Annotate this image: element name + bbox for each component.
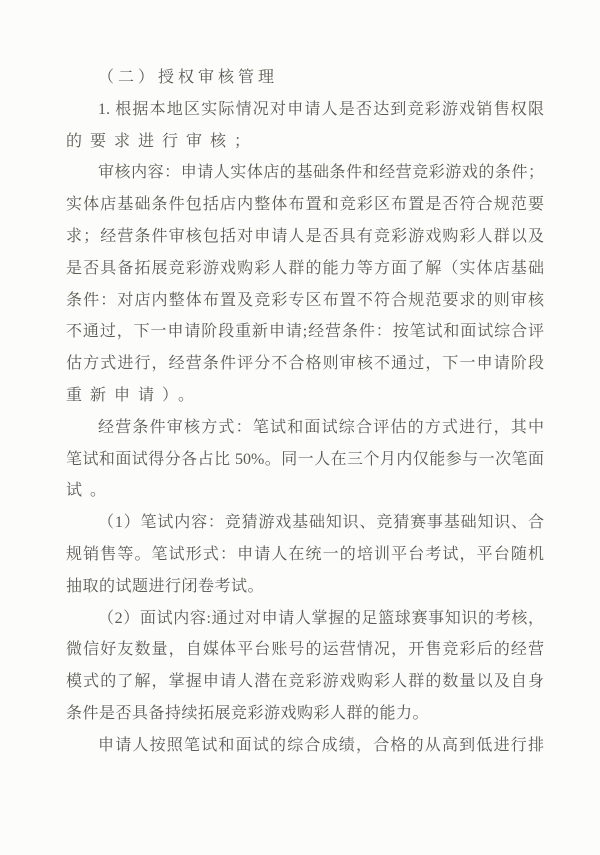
text-line: 申请人按照笔试和面试的综合成绩，合格的从高到低进行排: [66, 730, 544, 762]
text-line: 求；经营条件审核包括对申请人是否具有竞彩游戏购彩人群以及: [66, 221, 544, 253]
text-line: （2）面试内容:通过对申请人掌握的足篮球赛事知识的考核，: [66, 603, 544, 635]
text-line: 抽取的试题进行闭卷考试。: [66, 571, 544, 603]
text-line: 微信好友数量，自媒体平台账号的运营情况，开售竞彩后的经营: [66, 634, 544, 666]
text-line: 1. 根据本地区实际情况对申请人是否达到竞彩游戏销售权限: [66, 94, 544, 126]
text-line: 笔试和面试得分各占比 50%。同一人在三个月内仅能参与一次笔面: [66, 444, 544, 476]
text-line: 条件是否具备持续拓展竞彩游戏购彩人群的能力。: [66, 698, 544, 730]
section-heading: （二）授权审核管理: [66, 62, 544, 94]
text-line: 是否具备拓展竞彩游戏购彩人群的能力等方面了解（实体店基础: [66, 253, 544, 285]
text-line: 模式的了解，掌握申请人潜在竞彩游戏购彩人群的数量以及自身: [66, 666, 544, 698]
text-line: 审核内容：申请人实体店的基础条件和经营竞彩游戏的条件；: [66, 157, 544, 189]
text-line: 不通过，下一申请阶段重新申请;经营条件：按笔试和面试综合评: [66, 316, 544, 348]
text-line: 条件：对店内整体布置及竞彩专区布置不符合规范要求的则审核: [66, 285, 544, 317]
text-line: （1）笔试内容：竞猜游戏基础知识、竞猜赛事基础知识、合: [66, 507, 544, 539]
text-line: 经营条件审核方式：笔试和面试综合评估的方式进行，其中: [66, 412, 544, 444]
text-line: 重新申请）。: [66, 380, 544, 412]
text-line: 规销售等。笔试形式：申请人在统一的培训平台考试，平台随机: [66, 539, 544, 571]
text-line: 的要求进行审核；: [66, 126, 544, 158]
text-line: 估方式进行，经营条件评分不合格则审核不通过，下一申请阶段: [66, 348, 544, 380]
document-text-block: （二）授权审核管理 1. 根据本地区实际情况对申请人是否达到竞彩游戏销售权限 的…: [66, 62, 544, 762]
document-page: （二）授权审核管理 1. 根据本地区实际情况对申请人是否达到竞彩游戏销售权限 的…: [0, 0, 600, 855]
text-line: 试。: [66, 475, 544, 507]
text-line: 实体店基础条件包括店内整体布置和竞彩区布置是否符合规范要: [66, 189, 544, 221]
